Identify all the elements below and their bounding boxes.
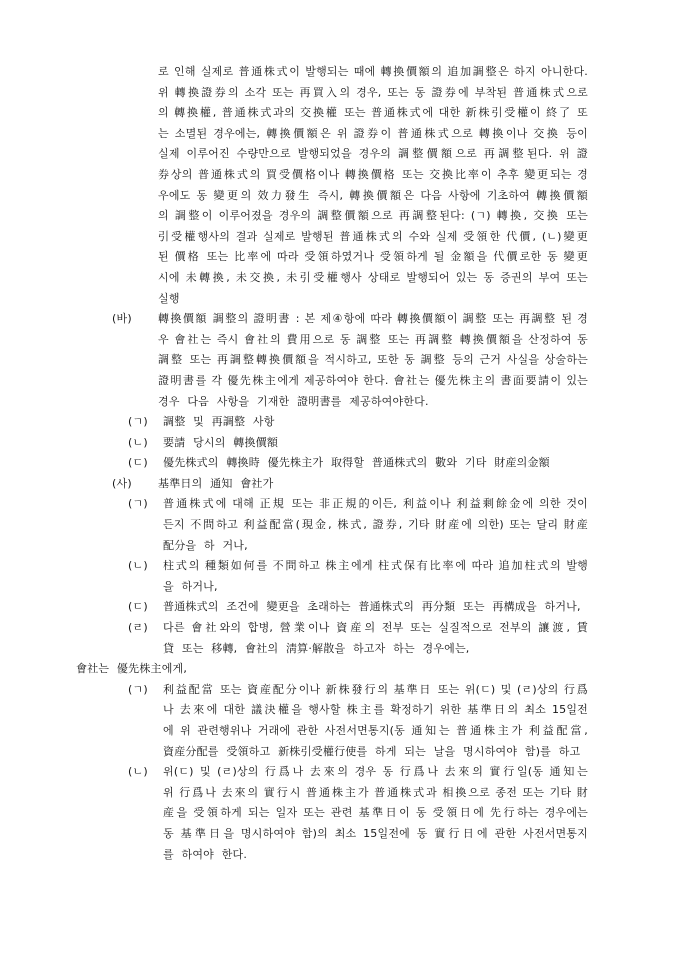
text-line: 基準日의 通知 會社가 xyxy=(158,474,588,495)
text-line: 要請 당시의 轉換價額 xyxy=(163,433,588,454)
text-line: 券상의 普通株式의 買受價格이나 轉換價格 또는 交換比率이 추후 變更되는 경 xyxy=(158,165,588,186)
text-block: (바)轉換價額 調整의 證明書 : 본 제④항에 따라 轉換價額이 調整 또는 … xyxy=(0,309,680,412)
text-block: 로 인해 실제로 普通株式이 발행되는 때에 轉換價額의 追加調整은 하지 아니… xyxy=(0,62,680,309)
text-line: 配分을 하 거나, xyxy=(163,536,588,557)
text-line: 會社는 優先株主에게, xyxy=(76,659,588,680)
text-line: 에 위 관련행위나 거래에 관한 사전서면통지(동 通知는 普通株主가 利益配當… xyxy=(163,721,588,742)
text-line: 위 轉換證券의 소각 또는 再買入의 경우, 또는 동 證券에 부착된 普通株式… xyxy=(158,83,588,104)
text-line: 利益配當 또는 資産配分이나 新株發行의 基準日 또는 위(ㄷ) 및 (ㄹ)상의… xyxy=(163,680,588,701)
text-line: 경우 다음 사항을 기재한 證明書를 제공하여야한다. xyxy=(158,392,588,413)
text-line: 貸 또는 移轉, 會社의 淸算·解散을 하고자 하는 경우에는, xyxy=(163,639,588,660)
text-line: 시에 未轉換, 未交換, 未引受權행사 상태로 발행되어 있는 동 증권의 부여… xyxy=(158,268,588,289)
text-line: 동 基準日을 명시하여야 함)의 최소 15일전에 동 實行日에 관한 사전서면… xyxy=(163,824,588,845)
text-line: 된 價格 또는 比率에 따라 受領하였거나 受領하게 될 金額을 代價로한 동 … xyxy=(158,247,588,268)
text-line: 위(ㄷ) 및 (ㄹ)상의 行爲나 去來의 경우 동 行爲나 去來의 實行일(동 … xyxy=(163,762,588,783)
text-line: 轉換價額 調整의 證明書 : 본 제④항에 따라 轉換價額이 調整 또는 再調整… xyxy=(158,309,588,330)
text-line: 의 轉換權, 普通株式과의 交換權 또는 普通株式에 대한 新株引受權이 終了 … xyxy=(158,103,588,124)
text-line: 로 인해 실제로 普通株式이 발행되는 때에 轉換價額의 追加調整은 하지 아니… xyxy=(158,62,588,83)
text-line: 을 하거나, xyxy=(163,577,588,598)
text-block: (ㄹ)다른 會社와의 합병, 營業이나 資産의 전부 또는 실질적으로 전부의 … xyxy=(0,618,680,659)
text-block: (ㄴ)要請 당시의 轉換價額 xyxy=(0,433,680,454)
item-label: (ㄱ) xyxy=(128,494,148,515)
text-line: 資産分配를 受領하고 新株引受權行使를 하게 되는 날을 명시하여야 함)를 하… xyxy=(163,742,588,763)
item-label: (사) xyxy=(112,474,132,495)
text-line: 調整 및 再調整 사항 xyxy=(163,412,588,433)
text-block: (ㄷ)普通株式의 조건에 變更을 초래하는 普通株式의 再分類 또는 再構成을 … xyxy=(0,597,680,618)
text-line: 는 소멸된 경우에는, 轉換價額은 위 證券이 普通株式으로 轉換이나 交換 등… xyxy=(158,124,588,145)
document-page: 로 인해 실제로 普通株式이 발행되는 때에 轉換價額의 追加調整은 하지 아니… xyxy=(0,0,680,962)
text-line: 우에도 동 變更의 效力發生 즉시, 轉換價額은 다음 사항에 기초하여 轉換價… xyxy=(158,186,588,207)
document-body: 로 인해 실제로 普通株式이 발행되는 때에 轉換價額의 追加調整은 하지 아니… xyxy=(0,62,680,865)
text-line: 나 去來에 대한 議決權을 행사할 株主를 확정하기 위한 基準日의 최소 15… xyxy=(163,700,588,721)
text-line: 産을 受領하게 되는 일자 또는 관련 基準日이 동 受領日에 先行하는 경우에… xyxy=(163,803,588,824)
text-block: 會社는 優先株主에게, xyxy=(0,659,680,680)
text-line: 柱式의 種類如何를 不問하고 株主에게 柱式保有比率에 따라 追加柱式의 발행 xyxy=(163,556,588,577)
text-block: (ㄷ)優先株式의 轉換時 優先株主가 取得할 普通株式의 數와 기타 財産의金額 xyxy=(0,453,680,474)
text-block: (사)基準日의 通知 會社가 xyxy=(0,474,680,495)
item-label: (ㄱ) xyxy=(128,412,148,433)
text-block: (ㄱ)普通株式에 대해 正規 또는 非正規的이든, 利益이나 利益剩餘金에 의한… xyxy=(0,494,680,556)
text-line: 의 調整이 이루어졌을 경우의 調整價額으로 再調整된다: (ㄱ) 轉換, 交換… xyxy=(158,206,588,227)
item-label: (ㄹ) xyxy=(128,618,148,639)
text-line: 든지 不問하고 利益配當(現金, 株式, 證券, 기타 財産에 의한) 또는 달… xyxy=(163,515,588,536)
text-line: 실행 xyxy=(158,289,588,310)
text-line: 普通株式의 조건에 變更을 초래하는 普通株式의 再分類 또는 再構成을 하거나… xyxy=(163,597,588,618)
text-line: 우 會社는 즉시 會社의 費用으로 동 調整 또는 再調整 轉換價額을 산정하여… xyxy=(158,330,588,351)
text-line: 다른 會社와의 합병, 營業이나 資産의 전부 또는 실질적으로 전부의 讓渡,… xyxy=(163,618,588,639)
item-label: (ㄱ) xyxy=(128,680,148,701)
text-block: (ㄱ)調整 및 再調整 사항 xyxy=(0,412,680,433)
text-block: (ㄱ)利益配當 또는 資産配分이나 新株發行의 基準日 또는 위(ㄷ) 및 (ㄹ… xyxy=(0,680,680,762)
text-line: 실제 이루어진 수량만으로 발행되었을 경우의 調整價額으로 再調整된다. 위 … xyxy=(158,144,588,165)
text-line: 證明書를 각 優先株主에게 제공하여야 한다. 會社는 優先株主의 書面要請이 … xyxy=(158,371,588,392)
text-line: 引受權행사의 결과 실제로 발행된 普通株式의 수와 실제 受領한 代價, (ㄴ… xyxy=(158,227,588,248)
item-label: (ㄴ) xyxy=(128,762,148,783)
text-block: (ㄴ)柱式의 種類如何를 不問하고 株主에게 柱式保有比率에 따라 追加柱式의 … xyxy=(0,556,680,597)
text-line: 위 行爲나 去來의 實行시 普通株主가 普通株式과 相換으로 종전 또는 기타 … xyxy=(163,783,588,804)
text-line: 調整 또는 再調整轉換價額을 적시하고, 또한 동 調整 등의 근거 사실을 상… xyxy=(158,350,588,371)
item-label: (바) xyxy=(112,309,132,330)
text-line: 優先株式의 轉換時 優先株主가 取得할 普通株式의 數와 기타 財産의金額 xyxy=(163,453,588,474)
item-label: (ㄷ) xyxy=(128,597,148,618)
item-label: (ㄴ) xyxy=(128,433,148,454)
text-line: 를 하여야 한다. xyxy=(163,845,588,866)
item-label: (ㄴ) xyxy=(128,556,148,577)
text-block: (ㄴ)위(ㄷ) 및 (ㄹ)상의 行爲나 去來의 경우 동 行爲나 去來의 實行일… xyxy=(0,762,680,865)
item-label: (ㄷ) xyxy=(128,453,148,474)
text-line: 普通株式에 대해 正規 또는 非正規的이든, 利益이나 利益剩餘金에 의한 것이 xyxy=(163,494,588,515)
